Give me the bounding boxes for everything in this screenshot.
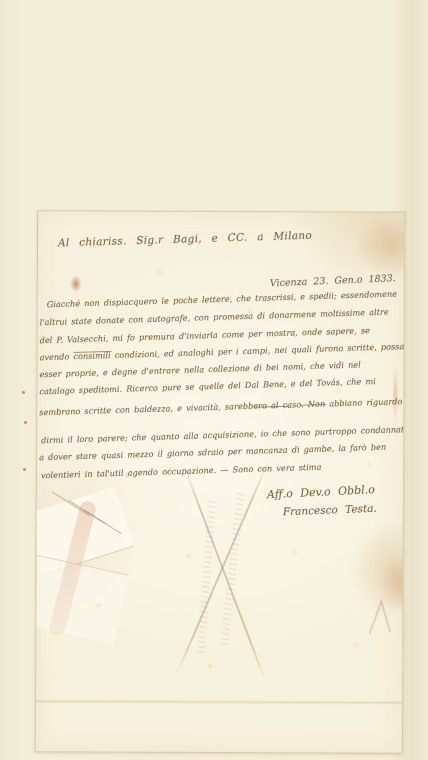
fold-corner-overlay	[35, 486, 134, 575]
red-speck	[22, 391, 25, 394]
letter-sheet: Al chiariss. Sig.r Bagi, e CC. a Milano …	[35, 210, 405, 754]
scratch-mark	[52, 492, 90, 516]
show-through-mark	[380, 599, 391, 632]
body-line: volentieri in tal'util agendo occupazion…	[41, 462, 322, 481]
show-through-cross-line	[175, 459, 269, 676]
stain-streak-right	[393, 365, 397, 423]
body-line: l'altrui state donate con autografe, con…	[40, 307, 389, 328]
closing-salutation: Aff.o Dev.o Obbl.o	[267, 483, 375, 501]
body-line: catalogo speditomi. Ricerco pure se quel…	[39, 376, 376, 396]
recipient-line: Al chiariss. Sig.r Bagi, e CC. a Milano	[58, 230, 312, 250]
fold-crease	[36, 699, 402, 705]
red-speck	[24, 421, 27, 424]
signature: Francesco Testa.	[283, 503, 377, 519]
stain-right-middle	[378, 557, 405, 613]
scratch-mark	[84, 510, 122, 534]
scanned-letter-photo: Al chiariss. Sig.r Bagi, e CC. a Milano …	[0, 0, 428, 760]
date-line: Vicenza 23. Gen.o 1833.	[270, 273, 396, 289]
show-through-writing	[220, 490, 245, 645]
show-through-writing	[197, 498, 216, 653]
fold-corner-overlay	[35, 554, 129, 645]
body-line: del P. Valsecchi, mi fo premura d'inviar…	[39, 325, 370, 345]
ink-blot-spot	[70, 275, 82, 292]
red-speck	[23, 468, 26, 471]
scratch-mark	[68, 500, 106, 524]
show-through-mark	[369, 601, 382, 633]
body-line: esser proprie, e degne d'entrare nella c…	[39, 359, 361, 379]
body-line: Giacché non dispiacquero le poche letter…	[47, 289, 398, 310]
foxing-dots	[38, 211, 42, 215]
stain-top-right	[354, 215, 405, 277]
show-through-cross-line	[182, 463, 267, 683]
body-line: sembrano scritte con baldezza, e vivacit…	[39, 396, 405, 417]
stain-pink-band	[48, 500, 97, 638]
body-line: a dover stare quasi mezzo il giorno sdra…	[39, 442, 386, 463]
